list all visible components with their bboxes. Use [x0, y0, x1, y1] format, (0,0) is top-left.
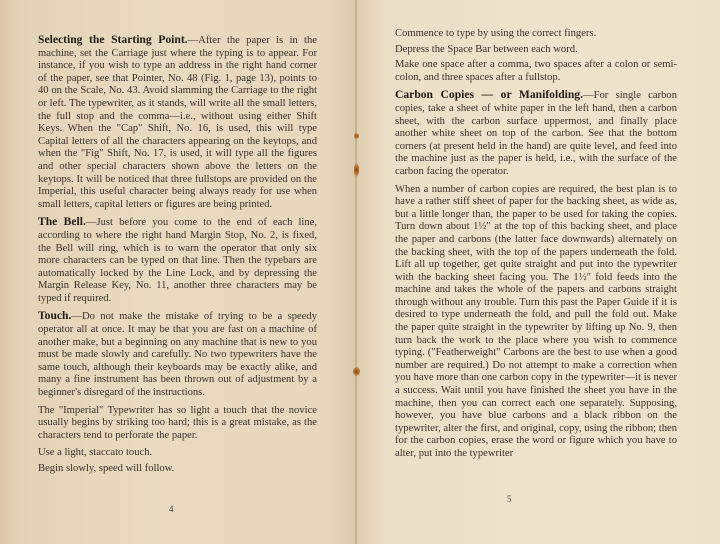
paragraph-commence: Commence to type by using the correct fi…: [395, 28, 677, 41]
paragraph-spacing: Make one space after a comma, two spaces…: [395, 59, 677, 84]
foxing-spot: [353, 367, 360, 376]
foxing-spot: [354, 163, 359, 177]
paragraph-body: The "Imperial" Typewriter has so light a…: [38, 405, 317, 441]
paragraph-body: Depress the Space Bar between each word.: [395, 44, 578, 55]
section-heading: Selecting the Starting Point.: [38, 33, 188, 46]
paragraph-imperial-touch: The "Imperial" Typewriter has so light a…: [38, 405, 317, 443]
section-heading: Carbon Copies — or Manifolding.: [395, 88, 583, 101]
page-number-right: 5: [507, 494, 512, 504]
paragraph-multiple-carbons: When a number of carbon copies are requi…: [395, 184, 677, 461]
paragraph-body: Use a light, staccato touch.: [38, 447, 152, 458]
paragraph-staccato: Use a light, staccato touch.: [38, 447, 317, 460]
right-page: Commence to type by using the correct fi…: [357, 0, 720, 544]
book-spine: [355, 0, 357, 544]
book-spread: Selecting the Starting Point.—After the …: [0, 0, 720, 544]
paragraph-begin-slowly: Begin slowly, speed will follow.: [38, 463, 317, 476]
section-body: —For single carbon copies, take a sheet …: [395, 90, 677, 177]
right-page-text: Commence to type by using the correct fi…: [395, 28, 677, 466]
paragraph-body: Commence to type by using the correct fi…: [395, 28, 596, 39]
paragraph-body: Begin slowly, speed will follow.: [38, 463, 174, 474]
left-page: Selecting the Starting Point.—After the …: [0, 0, 356, 544]
section-carbon-copies: Carbon Copies — or Manifolding.—For sing…: [395, 89, 677, 178]
section-bell: The Bell.—Just before you come to the en…: [38, 216, 317, 305]
paragraph-body: When a number of carbon copies are requi…: [395, 184, 677, 459]
section-heading: Touch.: [38, 309, 71, 322]
section-body: —Just before you come to the end of each…: [38, 217, 317, 304]
paragraph-space-bar: Depress the Space Bar between each word.: [395, 44, 677, 57]
page-number-left: 4: [169, 504, 174, 514]
left-page-text: Selecting the Starting Point.—After the …: [38, 34, 317, 479]
foxing-spot: [354, 133, 359, 139]
section-body: —After the paper is in the machine, set …: [38, 35, 317, 210]
section-heading: The Bell.: [38, 215, 86, 228]
section-body: —Do not make the mistake of trying to be…: [38, 311, 317, 398]
paragraph-body: Make one space after a comma, two spaces…: [395, 59, 677, 83]
section-starting-point: Selecting the Starting Point.—After the …: [38, 34, 317, 211]
section-touch: Touch.—Do not make the mistake of trying…: [38, 310, 317, 399]
